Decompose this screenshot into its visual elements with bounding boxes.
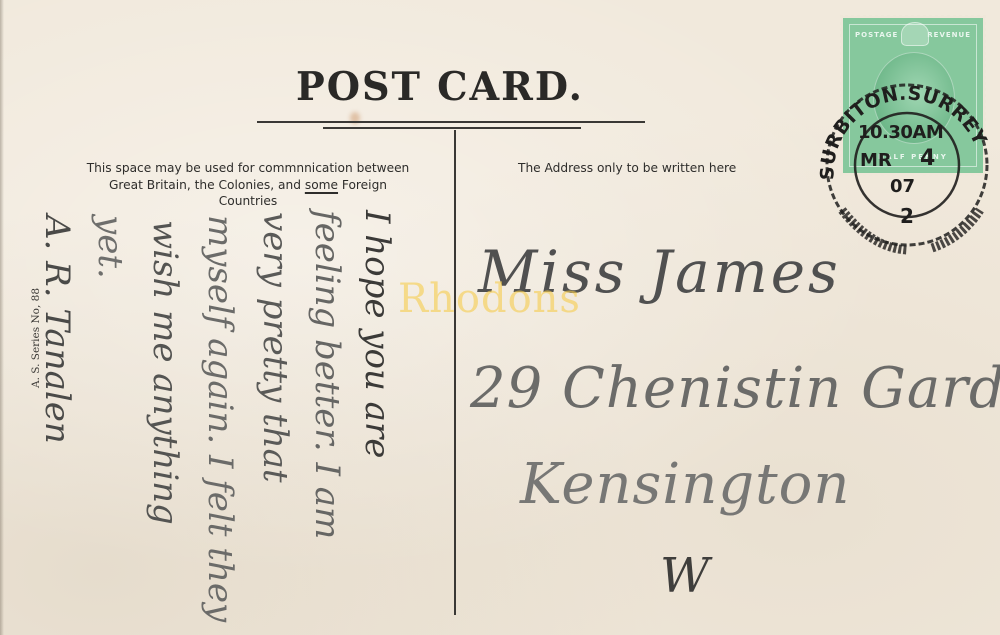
- stamp-label-postage: POSTAGE: [855, 31, 898, 39]
- address-street: 29 Chenistin Gardens: [470, 356, 1000, 421]
- message-area-notice: This space may be used for commnnication…: [52, 160, 444, 210]
- notice-underlined-word: some: [305, 178, 338, 192]
- postcard-back: POST CARD. This space may be used for co…: [0, 0, 1000, 635]
- title-rule-long: [257, 121, 645, 123]
- message-line: wish me anything: [140, 220, 190, 525]
- message-line: yet.: [85, 215, 135, 279]
- notice-line-2-prefix: Great Britain, the Colonies, and: [109, 178, 305, 192]
- crown-icon: [901, 22, 929, 46]
- center-divider: [454, 130, 456, 615]
- postmark-time: 10.30AM: [858, 122, 943, 143]
- watermark: Rhodons: [398, 276, 581, 322]
- stamp-label-revenue: REVENUE: [927, 31, 971, 39]
- notice-line-2-suffix: Foreign: [338, 178, 387, 192]
- message-line: myself again. I felt they: [195, 215, 245, 622]
- notice-line-2: Great Britain, the Colonies, and some Fo…: [52, 177, 444, 194]
- postmark-month: MR: [860, 150, 892, 171]
- address-postal-area: W: [660, 548, 709, 604]
- title-rule-short: [323, 127, 581, 129]
- postmark-code: 2: [900, 204, 914, 228]
- postcard-title: POST CARD.: [296, 64, 584, 110]
- address-area-notice: The Address only to be written here: [518, 161, 736, 175]
- message-line: very pretty that: [250, 212, 300, 483]
- notice-line-1: This space may be used for commnnication…: [52, 160, 444, 177]
- message-line: I hope you are: [352, 210, 402, 458]
- postmark-year: 07: [890, 176, 915, 197]
- card-edge-shadow: [0, 0, 4, 635]
- postmark: SURBITON.SURREY 10.30AM MR 4 07 2: [812, 70, 998, 256]
- postmark-rings-icon: SURBITON.SURREY: [812, 70, 998, 256]
- postmark-day: 4: [920, 146, 935, 171]
- notice-line-3: Countries: [52, 193, 444, 210]
- address-district: Kensington: [520, 452, 850, 517]
- message-line: feeling better. I am: [302, 210, 352, 539]
- message-signature: A. R. Tanalen: [32, 215, 82, 444]
